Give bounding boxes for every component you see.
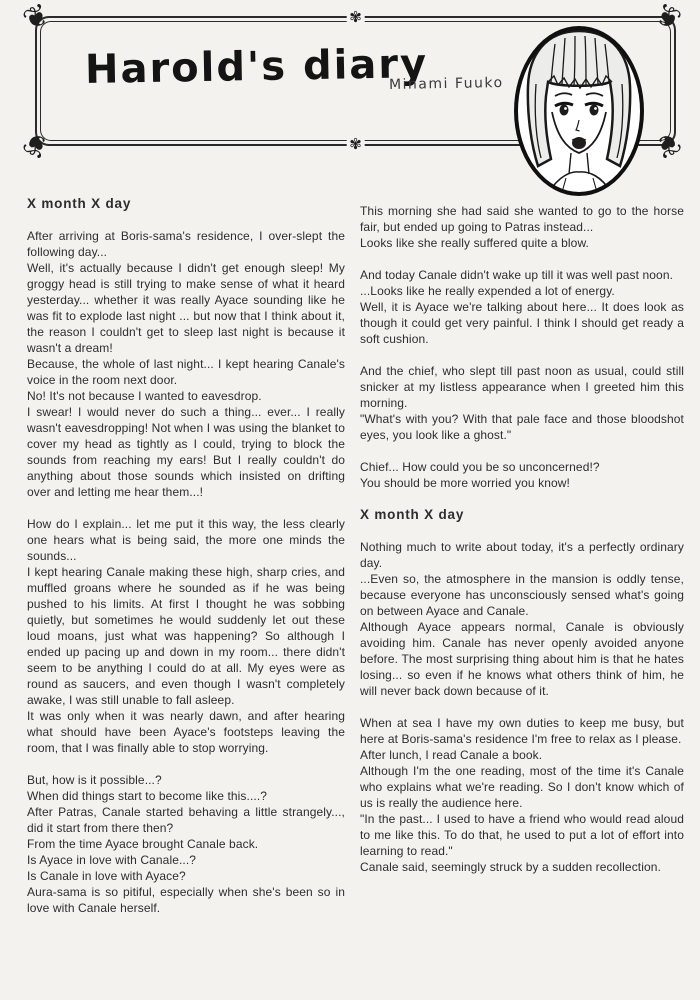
manga-diary-page: ❦ ❦ ❦ ❦ ✾ ✾ Harold's diary Minami Fuuko bbox=[0, 0, 700, 1000]
page-title: Harold's diary bbox=[85, 41, 429, 93]
floral-corner-ornament-icon: ❦ bbox=[19, 0, 54, 37]
date-heading: X month X day bbox=[27, 196, 345, 212]
diary-line: Chief... How could you be so unconcerned… bbox=[360, 459, 684, 475]
diary-paragraph: After arriving at Boris-sama's residence… bbox=[27, 228, 345, 500]
diary-line: I swear! I would never do such a thing..… bbox=[27, 404, 345, 500]
diary-line: After arriving at Boris-sama's residence… bbox=[27, 228, 345, 260]
right-text-column: This morning she had said she wanted to … bbox=[360, 203, 684, 891]
date-heading: X month X day bbox=[360, 507, 684, 523]
diary-line: "In the past... I used to have a friend … bbox=[360, 811, 684, 859]
diary-line: ...Even so, the atmosphere in the mansio… bbox=[360, 571, 684, 619]
diary-line: But, how is it possible...? bbox=[27, 772, 345, 788]
diary-line: X month X day bbox=[360, 507, 684, 523]
portrait-illustration bbox=[511, 24, 647, 198]
floral-corner-ornament-icon: ❦ bbox=[19, 125, 54, 163]
diary-line: It was only when it was nearly dawn, and… bbox=[27, 708, 345, 756]
medallion-ornament-icon: ✾ bbox=[346, 10, 365, 25]
character-portrait bbox=[511, 24, 647, 198]
diary-line: "What's with you? With that pale face an… bbox=[360, 411, 684, 443]
diary-line: Is Ayace in love with Canale...? bbox=[27, 852, 345, 868]
diary-paragraph: Chief... How could you be so unconcerned… bbox=[360, 459, 684, 491]
diary-line: I kept hearing Canale making these high,… bbox=[27, 564, 345, 708]
floral-corner-ornament-icon: ❦ bbox=[650, 0, 685, 37]
floral-corner-ornament-icon: ❦ bbox=[650, 125, 685, 163]
diary-line: ...Looks like he really expended a lot o… bbox=[360, 283, 684, 299]
diary-paragraph: This morning she had said she wanted to … bbox=[360, 203, 684, 251]
author-name: Minami Fuuko bbox=[389, 75, 504, 93]
diary-line: From the time Ayace brought Canale back. bbox=[27, 836, 345, 852]
diary-line: Aura-sama is so pitiful, especially when… bbox=[27, 884, 345, 916]
diary-line: Looks like she really suffered quite a b… bbox=[360, 235, 684, 251]
diary-line: X month X day bbox=[27, 196, 345, 212]
diary-line: After Patras, Canale started behaving a … bbox=[27, 804, 345, 836]
left-text-column: X month X dayAfter arriving at Boris-sam… bbox=[27, 196, 345, 932]
diary-line: Nothing much to write about today, it's … bbox=[360, 539, 684, 571]
diary-paragraph: But, how is it possible...?When did thin… bbox=[27, 772, 345, 916]
diary-line: Well, it is Ayace we're talking about he… bbox=[360, 299, 684, 347]
diary-line: Is Canale in love with Ayace? bbox=[27, 868, 345, 884]
diary-paragraph: When at sea I have my own duties to keep… bbox=[360, 715, 684, 875]
medallion-ornament-icon: ✾ bbox=[346, 137, 365, 152]
diary-line: After lunch, I read Canale a book. bbox=[360, 747, 684, 763]
diary-line: No! It's not because I wanted to eavesdr… bbox=[27, 388, 345, 404]
diary-paragraph: And the chief, who slept till past noon … bbox=[360, 363, 684, 443]
diary-line: Well, it's actually because I didn't get… bbox=[27, 260, 345, 356]
diary-paragraph: How do I explain... let me put it this w… bbox=[27, 516, 345, 756]
diary-line: When at sea I have my own duties to keep… bbox=[360, 715, 684, 747]
diary-line: You should be more worried you know! bbox=[360, 475, 684, 491]
diary-line: And the chief, who slept till past noon … bbox=[360, 363, 684, 411]
diary-line: This morning she had said she wanted to … bbox=[360, 203, 684, 235]
diary-line: How do I explain... let me put it this w… bbox=[27, 516, 345, 564]
diary-line: When did things start to become like thi… bbox=[27, 788, 345, 804]
diary-line: Although Ayace appears normal, Canale is… bbox=[360, 619, 684, 699]
diary-line: Although I'm the one reading, most of th… bbox=[360, 763, 684, 811]
diary-line: Because, the whole of last night... I ke… bbox=[27, 356, 345, 388]
diary-line: And today Canale didn't wake up till it … bbox=[360, 267, 684, 283]
diary-line: Canale said, seemingly struck by a sudde… bbox=[360, 859, 684, 875]
diary-paragraph: Nothing much to write about today, it's … bbox=[360, 539, 684, 699]
diary-paragraph: And today Canale didn't wake up till it … bbox=[360, 267, 684, 347]
